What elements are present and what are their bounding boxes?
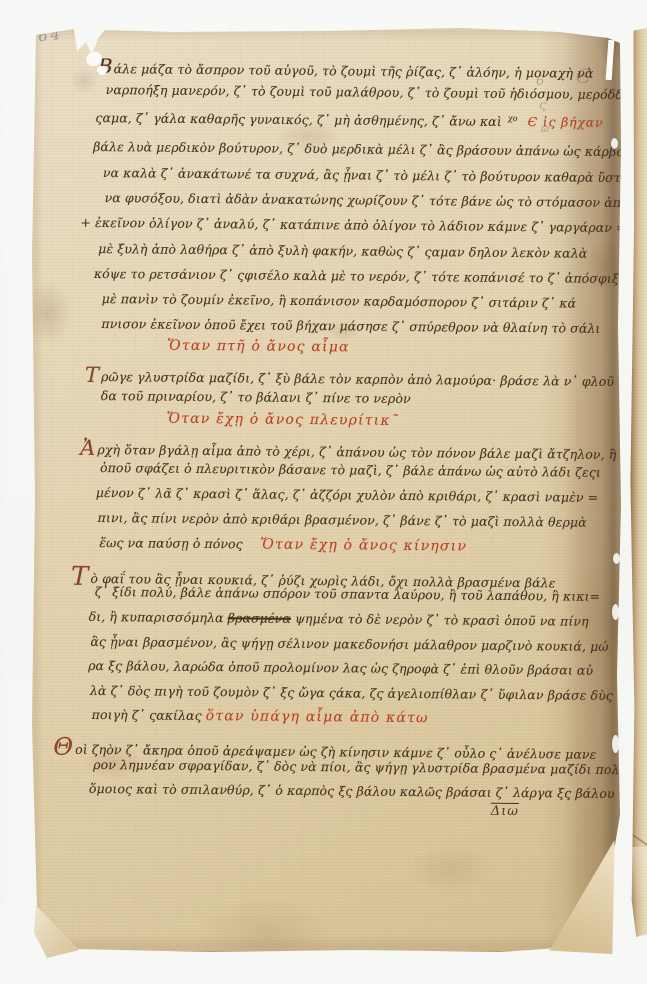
text-line: λὰ ζ᾽ δὸς πιγὴ τοῦ ζουμὸν ζ᾽ ξς ὤγα ςάκα…	[90, 683, 613, 704]
text-line: ναρποήξη μανερόν, ζ᾽ τὸ ζουμὶ τοῦ μαλάθρ…	[106, 82, 623, 103]
initial-letter: Ἀ	[80, 436, 95, 460]
glue-spot	[613, 553, 620, 564]
rubric-heading-blood-spitting: Ὅταν πτῆ ὁ ἄνος αἷμα	[167, 338, 350, 357]
adjacent-page-fold	[629, 847, 647, 937]
text-line: ὅμοιος καὶ τὸ σπιλανθύρ, ζ᾽ ὁ καρπὸς ξς …	[89, 781, 615, 802]
initial-letter: Τ	[71, 562, 89, 592]
text-line: να καλὰ ζ᾽ ἀνακάτωνέ τα συχνά, ἂς ᾖναι ζ…	[103, 165, 647, 186]
initial-letter: Τ	[85, 363, 99, 387]
struck-through-word: βρασμένα	[228, 610, 291, 626]
text-line: κόψε το ρετσάνιον ζ᾽ ςφισέλο καλὰ μὲ το …	[94, 266, 632, 287]
text-line: πινι, ἂς πίνι νερὸν ἀπὸ κριθάρι βρασμένο…	[97, 510, 586, 530]
glue-spot	[611, 138, 618, 149]
scanned-manuscript-spread: 64 Є 6 ς ϖ Βάλε μάζα τὸ ἄσπρον τοῦ αὐγοῦ…	[0, 0, 647, 984]
text-line: + ἐκεῖνον ὀλίγον ζ᾽ ἀναλύ, ζ᾽ κατάπινε ἀ…	[80, 215, 626, 236]
manuscript-page: 64 Є 6 ς ϖ Βάλε μάζα τὸ ἄσπρον τοῦ αὐγοῦ…	[30, 25, 622, 953]
text-line: μὲ ξυλὴ ἀπὸ λαθήρα ζ᾽ ἀπὸ ξυλὴ φακήν, κα…	[98, 241, 587, 261]
text-line: ςαμα, ζ᾽ γάλα καθαρῆς γυναικός, ζ᾽ μὴ ἀσ…	[95, 110, 603, 131]
rubric-heading-flux: Ὅταν ἔχῃ ὁ ἄνος κίνησιν	[260, 537, 467, 556]
glue-spot	[612, 735, 619, 753]
rubric-heading-pleurisy: Ὅταν ἔχῃ ὁ ἄνος πλευρίτικ῀	[166, 411, 399, 430]
text-line: δα τοῦ πριναρίου, ζ᾽ το βάλανι ζ᾽ πίνε τ…	[101, 388, 411, 407]
rubric-heading-blood-below: ὅταν ὑπάγη αἷμα ἀπὸ κάτω	[206, 708, 429, 727]
superscript-abbreviation: χο	[508, 114, 518, 123]
text-line: δι, ἢ κυπαρισσόμηλα βρασμένα ψημένα τὸ δ…	[89, 609, 589, 629]
text-line: ρα ξς βάλου, λαρώδα ὁποῦ προλομίνον λας …	[88, 658, 593, 678]
text-line: ἕως να παύσῃ ὁ πόνος	[99, 535, 243, 552]
text-line: να φυσόξου, διατὶ ἀδὰν ἀνακατώνης χωρίζο…	[105, 190, 629, 211]
text-line: βάλε λυὰ μερδικὸν βούτυρον, ζ᾽ δυὸ μερδι…	[93, 139, 632, 160]
text-line: μὲ πανὶν τὸ ζουμίν ἐκεῖνο, ἢ κοπάνισον κ…	[102, 291, 577, 311]
rubric-inline-cough: Є ἰς βήχαν	[528, 114, 604, 130]
text-line: ποιγὴ ζ᾽ ςακίλας	[92, 707, 202, 724]
text-line: μένον ζ᾽ λᾶ ζ᾽ κρασὶ ζ᾽ ἅλας, ζ᾽ ἀζζόρι …	[96, 485, 599, 505]
glue-spot	[612, 604, 619, 620]
text-line: πνισον ἐκεῖνον ὁποῦ ἔχει τοῦ βήχαν μάσησ…	[101, 316, 600, 336]
initial-letter: Θ	[53, 733, 73, 761]
adjacent-page-edge	[629, 27, 647, 937]
text-line: Βάλε μάζα τὸ ἄσπρον τοῦ αὐγοῦ, τὸ ζουμὶ …	[98, 54, 594, 84]
text-layer: Βάλε μάζα τὸ ἄσπρον τοῦ αὐγοῦ, τὸ ζουμὶ …	[21, 24, 622, 958]
text-line: Τρῶγε γλυστρίδα μαζίδι, ζ᾽ ξὺ βάλε τὸν κ…	[85, 361, 614, 392]
colophon-mark: Διω	[491, 804, 519, 819]
text-line: ἂς ᾖναι βρασμένον, ἂς ψήγῃ σέλινον μακεδ…	[90, 634, 608, 655]
